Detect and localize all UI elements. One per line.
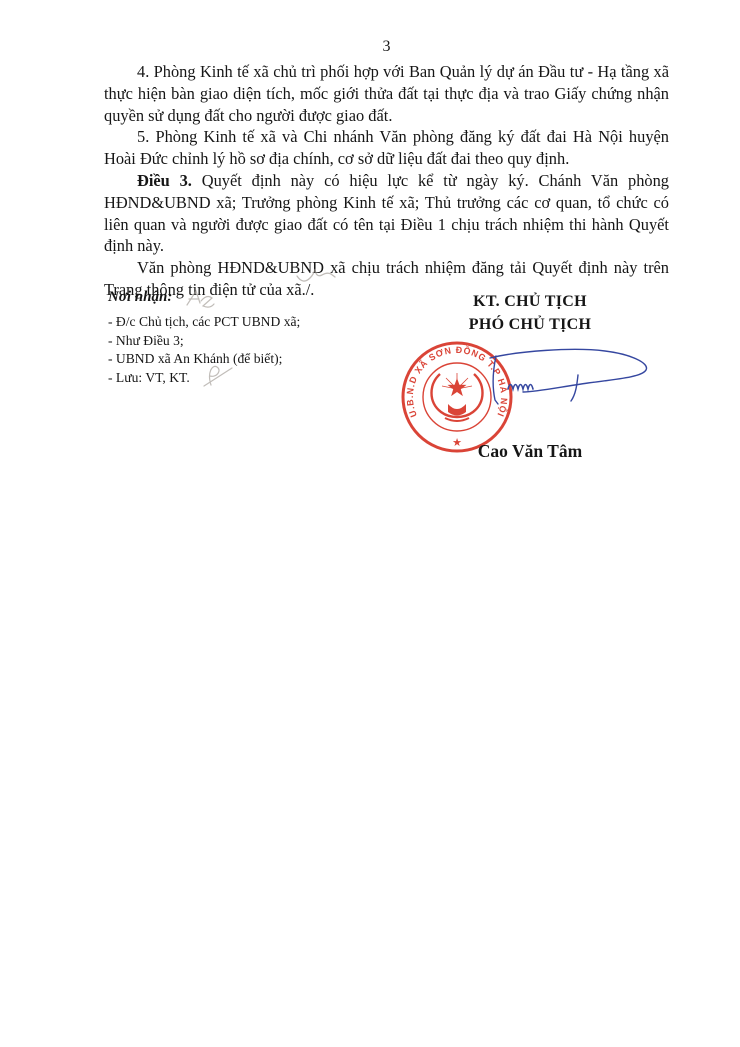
- body-paragraph-5: 5. Phòng Kinh tế xã và Chi nhánh Văn phò…: [104, 126, 669, 170]
- handwritten-initial-after-recipients: [185, 287, 223, 311]
- emblem-cog: [448, 404, 466, 416]
- handwritten-initial-after-clause: [296, 264, 336, 290]
- body-paragraph-dieu-3: Điều 3. Quyết định này có hiệu lực kể từ…: [104, 170, 669, 257]
- signature-titles: KT. CHỦ TỊCH PHÓ CHỦ TỊCH: [415, 290, 645, 336]
- handwritten-initial-after-luu: [202, 361, 240, 389]
- emblem-star: [448, 378, 467, 396]
- recipient-item: - Đ/c Chủ tịch, các PCT UBND xã;: [108, 313, 388, 332]
- signer-position-pct: PHÓ CHỦ TỊCH: [415, 313, 645, 336]
- signature-stroke: [478, 342, 653, 412]
- paragraph-text: 5. Phòng Kinh tế xã và Chi nhánh Văn phò…: [104, 127, 669, 168]
- recipient-item: - Lưu: VT, KT.: [108, 369, 388, 388]
- recipient-item: - Như Điều 3;: [108, 332, 388, 351]
- signer-name: Cao Văn Tâm: [415, 441, 645, 462]
- recipients-block: Nơi nhận: - Đ/c Chủ tịch, các PCT UBND x…: [108, 289, 388, 387]
- body-paragraph-4: 4. Phòng Kinh tế xã chủ trì phối hợp với…: [104, 61, 669, 126]
- page-number: 3: [104, 38, 669, 56]
- emblem-banner: [445, 418, 469, 421]
- document-page: 3 4. Phòng Kinh tế xã chủ trì phối hợp v…: [0, 0, 740, 1047]
- paragraph-text: 4. Phòng Kinh tế xã chủ trì phối hợp với…: [104, 62, 669, 125]
- recipients-label: Nơi nhận:: [108, 289, 388, 306]
- article-label: Điều 3.: [137, 171, 192, 190]
- document-body: 4. Phòng Kinh tế xã chủ trì phối hợp với…: [104, 61, 669, 301]
- recipient-item: - UBND xã An Khánh (để biết);: [108, 350, 388, 369]
- stamp-national-emblem: [432, 373, 483, 421]
- signer-position-kt: KT. CHỦ TỊCH: [415, 290, 645, 313]
